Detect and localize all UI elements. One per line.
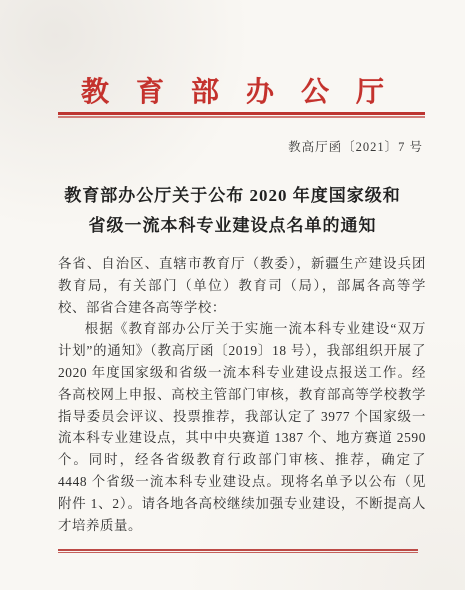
- notice-title-line1: 教育部办公厅关于公布 2020 年度国家级和: [0, 181, 465, 211]
- notice-title-line2: 省级一流本科专业建设点名单的通知: [0, 211, 465, 241]
- salutation-paragraph: 各省、自治区、直辖市教育厅（教委），新疆生产建设兵团教育局，有关部门（单位）教育…: [58, 253, 426, 318]
- notice-body: 各省、自治区、直辖市教育厅（教委），新疆生产建设兵团教育局，有关部门（单位）教育…: [58, 253, 426, 536]
- body-paragraph: 根据《教育部办公厅关于实施一流本科专业建设“双万计划”的通知》（教高厅函〔201…: [58, 318, 426, 536]
- letterhead-title: 教育部办公厅: [0, 70, 465, 110]
- footer-divider: [58, 549, 418, 554]
- document-number: 教高厅函〔2021〕7 号: [288, 137, 423, 155]
- document-page: 教育部办公厅 教高厅函〔2021〕7 号 教育部办公厅关于公布 2020 年度国…: [0, 0, 465, 590]
- letterhead-divider: [58, 112, 425, 119]
- notice-title: 教育部办公厅关于公布 2020 年度国家级和 省级一流本科专业建设点名单的通知: [0, 181, 465, 241]
